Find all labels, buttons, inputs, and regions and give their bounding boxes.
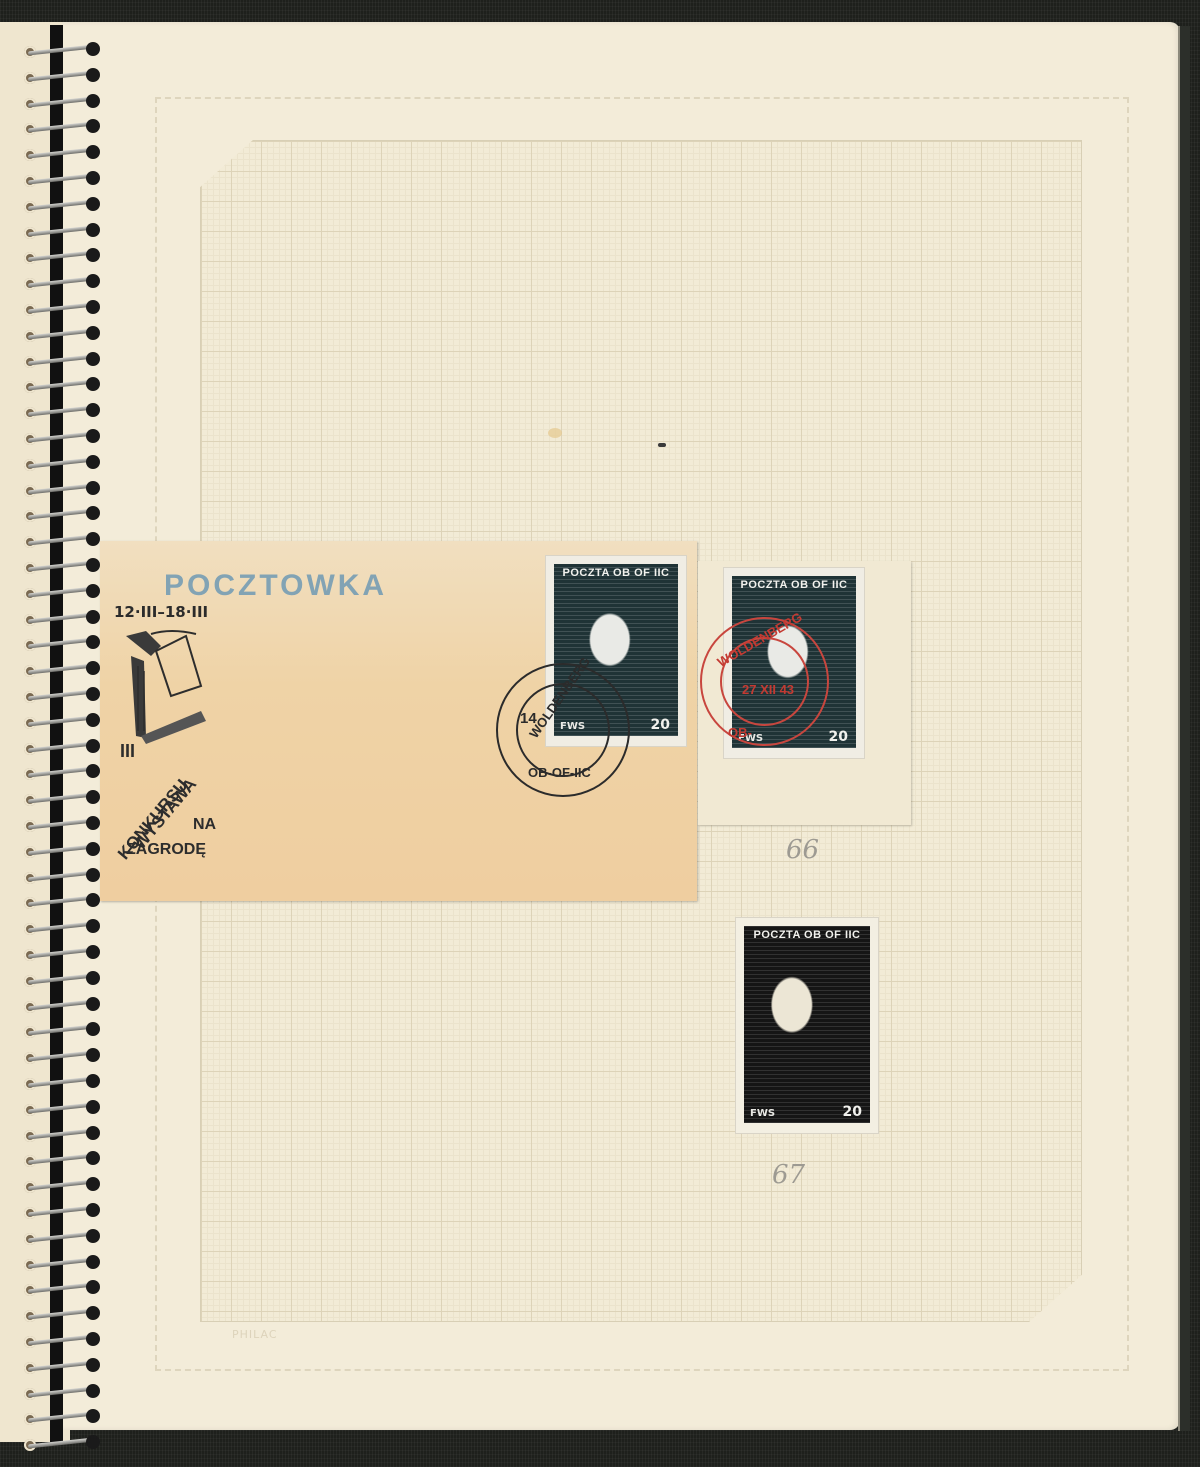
spiral-coil [20, 455, 100, 477]
spiral-coil [20, 326, 100, 348]
spiral-coil [20, 352, 100, 374]
spiral-coil [20, 764, 100, 786]
stamp-portrait: POCZTA OB OF IIC FWS 20 [554, 564, 678, 736]
spiral-coil [20, 816, 100, 838]
cachet-line: ZAGRODĘ [126, 841, 206, 859]
spiral-coil [20, 971, 100, 993]
spiral-coil [20, 739, 100, 761]
spiral-coil [20, 248, 100, 270]
spiral-coil [20, 1435, 100, 1457]
spiral-coil [20, 635, 100, 657]
stamp-initials: FWS [560, 721, 585, 732]
spiral-coil [20, 1074, 100, 1096]
spiral-coil [20, 1384, 100, 1406]
spiral-coil [20, 893, 100, 915]
spiral-coil [20, 842, 100, 864]
postcard-stamp: POCZTA OB OF IIC FWS 20 [545, 555, 687, 747]
catalog-number-67: 67 [772, 1160, 805, 1190]
postmark-date: 27 XII 43 [742, 682, 794, 697]
spiral-coil [20, 506, 100, 528]
spiral-coil [20, 145, 100, 167]
spiral-coil [20, 223, 100, 245]
stamp-initials: FWS [750, 1108, 775, 1119]
spiral-coil [20, 687, 100, 709]
spiral-coil [20, 171, 100, 193]
spiral-coil [20, 42, 100, 64]
spiral-coil [20, 713, 100, 735]
spiral-coil [20, 584, 100, 606]
spiral-coil [20, 274, 100, 296]
paper-speck [658, 443, 666, 447]
spiral-coil [20, 1022, 100, 1044]
publisher-imprint: PHILAC [232, 1328, 278, 1341]
spiral-coil [20, 1203, 100, 1225]
cachet-line: NA [193, 816, 216, 834]
stamp-67: POCZTA OB OF IIC FWS 20 [735, 917, 879, 1134]
postmark-date: 14 [520, 710, 537, 727]
postcard-title: POCZTOWKA [164, 569, 387, 603]
spiral-coil [20, 997, 100, 1019]
stamp-value: 20 [651, 717, 670, 733]
stamp-header: POCZTA OB OF IIC [732, 579, 856, 591]
spiral-coil [20, 1177, 100, 1199]
spiral-coil [20, 429, 100, 451]
stamp-portrait: POCZTA OB OF IIC FWS 20 [732, 576, 856, 748]
cachet-illustration-icon [116, 626, 211, 746]
spiral-coil [20, 1280, 100, 1302]
stamp-header: POCZTA OB OF IIC [554, 567, 678, 579]
stamp-portrait: POCZTA OB OF IIC FWS 20 [744, 926, 870, 1123]
spiral-coil [20, 197, 100, 219]
spiral-coil [20, 300, 100, 322]
paper-stain [548, 428, 562, 438]
page-edge [1178, 26, 1190, 1431]
spiral-coil [20, 377, 100, 399]
spiral-coil [20, 1229, 100, 1251]
spiral-coil [20, 610, 100, 632]
spiral-coil [20, 119, 100, 141]
stamp-header: POCZTA OB OF IIC [744, 929, 870, 941]
cachet-line: III [120, 741, 135, 762]
spiral-coil [20, 403, 100, 425]
spiral-binding [20, 20, 100, 1450]
spiral-coil [20, 94, 100, 116]
spiral-coil [20, 532, 100, 554]
spiral-coil [20, 1151, 100, 1173]
spiral-coil [20, 1255, 100, 1277]
spiral-coil [20, 1126, 100, 1148]
spiral-coil [20, 558, 100, 580]
spiral-coil [20, 68, 100, 90]
spiral-coil [20, 919, 100, 941]
spiral-coil [20, 868, 100, 890]
stamp-value: 20 [829, 729, 848, 745]
spiral-coil [20, 790, 100, 812]
spiral-coil [20, 1409, 100, 1431]
postmark-bottom: OB- [728, 725, 752, 740]
stamp-value: 20 [843, 1104, 862, 1120]
catalog-number-66: 66 [786, 835, 819, 865]
postmark-bottom: OB-OF-IIC [528, 765, 591, 780]
spiral-coil [20, 1358, 100, 1380]
postcard-date-range: 12·III–18·III [114, 603, 208, 621]
spiral-coil [20, 1332, 100, 1354]
spiral-coil [20, 1100, 100, 1122]
spiral-coil [20, 661, 100, 683]
spiral-coil [20, 945, 100, 967]
spiral-coil [20, 1306, 100, 1328]
spiral-coil [20, 1048, 100, 1070]
spiral-coil [20, 481, 100, 503]
